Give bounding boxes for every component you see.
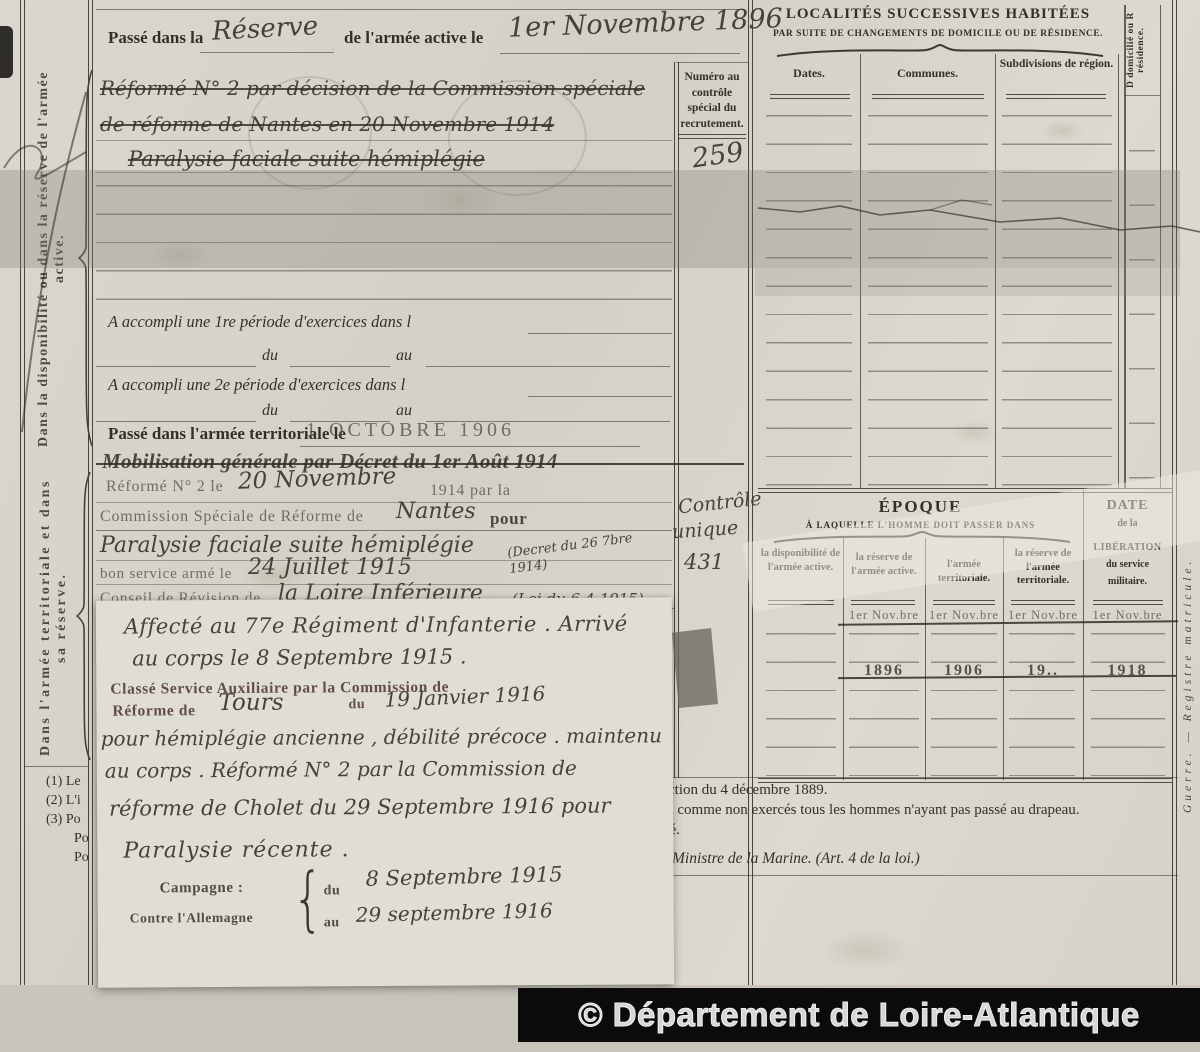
localites-subtitle: PAR SUITE DE CHANGEMENTS DE DOMICILE OU … (758, 29, 1118, 39)
epoque-col-2-header: la réserve de l'armée active. (845, 551, 923, 578)
epoque-top-rule (758, 488, 1172, 493)
header-brace-icon (775, 44, 1105, 58)
reforme-date-hand: 20 Novembre (238, 463, 397, 495)
periode-1-label: A accompli une 1re période d'exercices d… (108, 312, 411, 332)
paper-stain (820, 930, 910, 970)
table-divider (995, 54, 996, 488)
du-label: du (262, 347, 278, 365)
date-col-sub: de la (1083, 518, 1172, 529)
localites-col-subdivisions: Subdivisions de région. (995, 58, 1118, 71)
domicile-col-ticks (1129, 97, 1155, 483)
struck-note-line-2: de réforme de Nantes en 20 Novembre 1914 (100, 112, 554, 136)
territoriale-date-stamp: 1 OCTOBRE 1906 (306, 419, 515, 442)
form-left-border (20, 0, 25, 985)
print-line-2: ra comme non exercés tous les hommes n'a… (662, 802, 1080, 819)
overlay-note: Affecté au 77e Régiment d'Infanterie . A… (96, 597, 674, 988)
date-col-service: du service (1083, 559, 1172, 570)
table-divider (1083, 490, 1084, 780)
campagne-au-label: au (324, 915, 340, 931)
epoque-col-4-header: la réserve de l'armée territoriale. (1005, 547, 1081, 588)
sidebar-bottom-rule (24, 766, 88, 767)
header-rule (851, 600, 915, 605)
campagne-label: Campagne : (160, 880, 244, 898)
table-ruled-rows (849, 606, 919, 776)
reforme-de-stamp: Réforme de (112, 702, 195, 721)
contre-allemagne-label: Contre l'Allemagne (130, 910, 254, 927)
header-rule (1011, 600, 1075, 605)
sidebar-brace-icon (76, 470, 92, 762)
note-line-2: au corps le 8 Septembre 1915 . (132, 644, 466, 670)
bon-service-stamp: bon service armé le (100, 566, 232, 583)
reforme-stamp-1: Réformé N° 2 le (106, 478, 223, 496)
localites-col-dates: Dates. (758, 66, 860, 81)
sidebar-brace-icon (78, 68, 94, 448)
copyright-text: © Département de Loire-Atlantique (578, 996, 1140, 1034)
blank-ruled-rows (96, 158, 672, 304)
table-ruled-rows (1009, 606, 1075, 776)
epoque-col-3-header: l'armée territoriale. (927, 558, 1001, 585)
table-ruled-rows (766, 88, 852, 488)
header-rule (768, 600, 834, 605)
campagne-au-value: 29 septembre 1916 (355, 898, 553, 927)
table-divider (843, 538, 844, 780)
epoque-title: ÉPOQUE (758, 497, 1083, 517)
table-divider (925, 538, 926, 780)
numero-column-left-border (674, 62, 679, 778)
print-box-top-rule (660, 777, 1178, 778)
strike-line (96, 463, 744, 465)
table-divider (1003, 538, 1004, 780)
epoque-col-1-header: la disponibilité de l'armée active. (760, 547, 841, 574)
table-ruled-rows (931, 606, 997, 776)
fill-line (290, 366, 390, 367)
fill-line (96, 421, 256, 422)
domicile-col-label: D domicilié ou R résidence. (1126, 8, 1160, 92)
struck-note-line-1: Réformé N° 2 par décision de la Commissi… (100, 76, 645, 100)
print-line-1: ction du 4 décembre 1889. (668, 782, 828, 799)
commission-stamp: Commission Spéciale de Réforme de (100, 508, 364, 526)
pour-stamp: pour (490, 509, 527, 529)
print-line-4: Ministre de la Marine. (Art. 4 de la loi… (672, 850, 920, 868)
header-brace-icon (772, 531, 1072, 544)
epoque-subtitle: À LAQUELLE L'HOMME DOIT PASSER DANS (758, 520, 1083, 530)
localites-col-communes: Communes. (860, 66, 995, 81)
table-divider (860, 54, 861, 488)
print-box-bottom-rule (660, 875, 1178, 876)
fill-line (426, 366, 670, 367)
note-line-4: au corps . Réformé N° 2 par la Commissio… (105, 756, 577, 783)
page-right-edge (1172, 0, 1177, 985)
military-register-scan: Dans la disponibilité ou dans la réserve… (0, 0, 1200, 1052)
note-line-5: réforme de Cholet du 29 Septembre 1916 p… (109, 794, 611, 821)
au-label: au (396, 402, 412, 420)
campagne-du-value: 8 Septembre 1915 (365, 862, 563, 891)
table-ruled-rows (1091, 606, 1165, 776)
commission-date-hand: 19 Janvier 1916 (384, 681, 546, 712)
bon-service-date-hand: 24 Juillet 1915 (248, 555, 412, 580)
domicile-col-border (1160, 5, 1161, 488)
numero-box-label: Numéro au contrôle spécial du recrutemen… (676, 70, 748, 132)
edge-ink-blot (0, 26, 13, 78)
header-rule (1093, 600, 1163, 605)
date-col-militaire: militaire. (1083, 576, 1172, 587)
rule (96, 502, 672, 503)
passe-reserve-value: Réserve (211, 11, 319, 47)
numero-box-top-rule (676, 62, 748, 63)
note-line-3: pour hémiplégie ancienne , débilité préc… (101, 723, 662, 750)
fill-line (500, 53, 740, 54)
sidebar-section-territoriale-label: Dans l'armée territoriale et dans sa rés… (38, 474, 80, 762)
campagne-du-label: du (324, 883, 341, 899)
controle-unique-line-2: unique (671, 517, 739, 544)
numero-controle-value: 259 (690, 137, 745, 175)
decret-paren-hand: (Decret du 26 7bre 1914) (507, 528, 660, 579)
tours-hand: Tours (218, 690, 283, 716)
fill-line (96, 366, 256, 367)
passe-reserve-label: Passé dans la (108, 28, 203, 48)
reforme-stamp-1b: 1914 par la (430, 482, 511, 500)
edge-caption: Guerre. — Registre matricule. (1182, 540, 1198, 830)
campagne-brace-icon: { (292, 857, 324, 939)
date-col-liberation: LIBÉRATION (1083, 542, 1172, 553)
du-label: du (262, 402, 278, 420)
note-line-1: Affecté au 77e Régiment d'Infanterie . A… (124, 612, 628, 639)
du-stamp: du (348, 697, 365, 713)
fill-line (200, 52, 334, 53)
header-rule (933, 600, 995, 605)
rule (96, 530, 672, 531)
table-ruled-rows (868, 88, 988, 488)
fill-line (528, 396, 672, 397)
rule (96, 140, 672, 141)
passe-reserve-label-2: de l'armée active le (344, 28, 483, 48)
fill-line (300, 446, 640, 447)
table-ruled-rows (766, 606, 836, 776)
table-ruled-rows (1002, 88, 1112, 488)
sidebar-section-reserve-label: Dans la disponibilité ou dans la réserve… (36, 70, 82, 448)
date-col-title: DATE (1083, 498, 1172, 514)
fill-line (528, 333, 672, 334)
controle-unique-value: 431 (684, 550, 724, 574)
table-divider (1118, 54, 1119, 488)
au-label: au (396, 347, 412, 365)
domicile-col-header-rule (1124, 95, 1160, 96)
copyright-banner: © Département de Loire-Atlantique (518, 988, 1200, 1042)
localites-title: LOCALITÉS SUCCESSIVES HABITÉES (758, 6, 1118, 23)
commission-place-hand: Nantes (396, 499, 476, 524)
periode-2-label: A accompli une 2e période d'exercices da… (108, 375, 405, 395)
